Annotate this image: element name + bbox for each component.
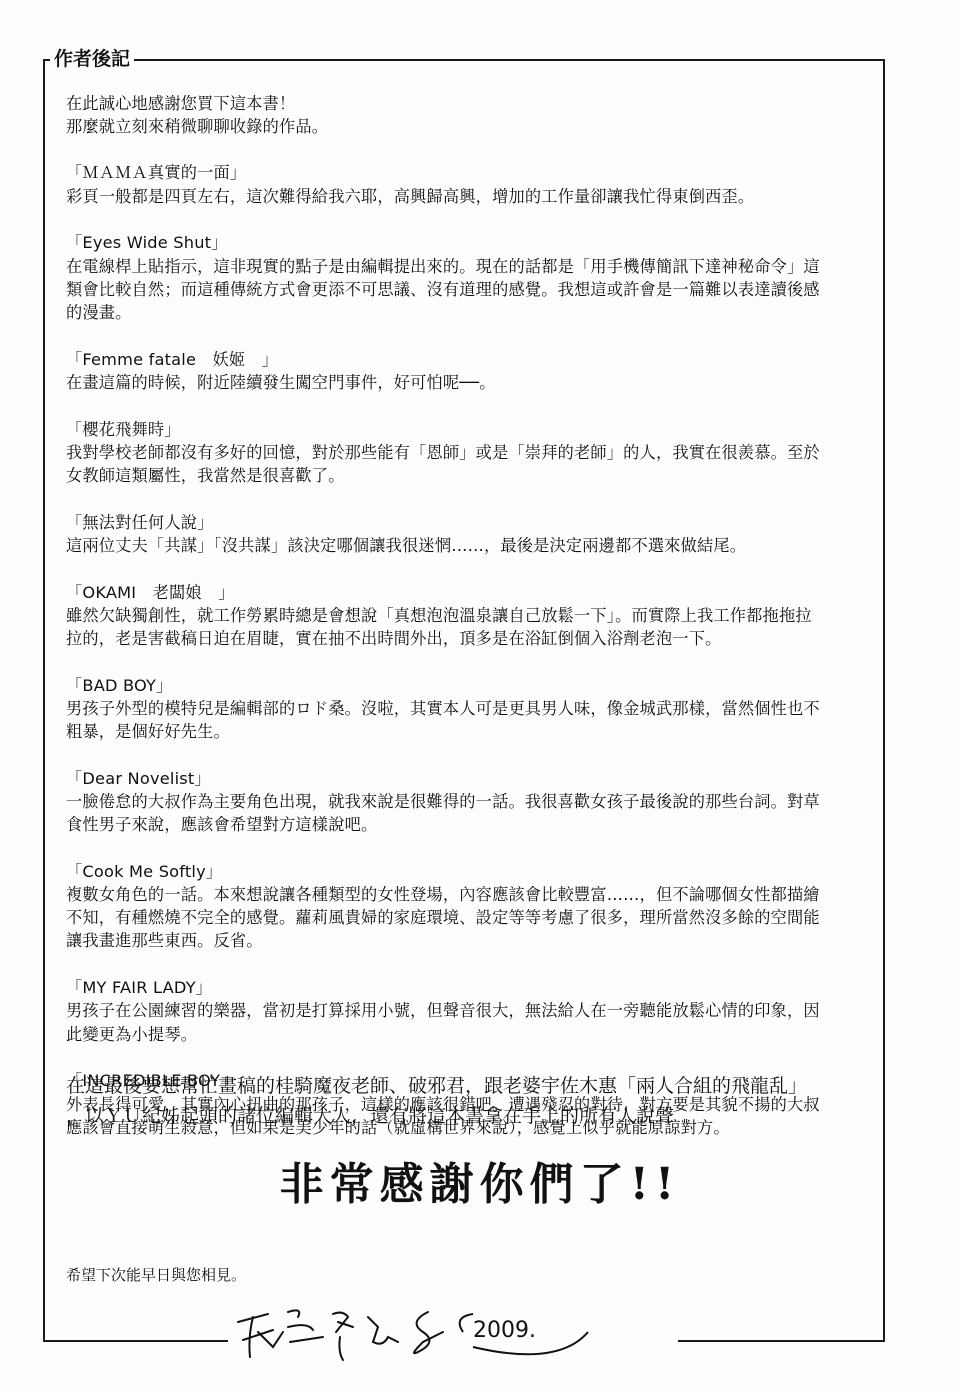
section-title: 「Eyes Wide Shut」 xyxy=(66,231,874,254)
section-line: 此變更為小提琴。 xyxy=(66,1023,874,1046)
section-line: 不知，有種燃燒不完全的感覺。蘿莉風貴婦的家庭環境、設定等等考慮了很多，理所當然沒… xyxy=(66,906,874,929)
section-line: 雖然欠缺獨創性，就工作勞累時總是會想說「真想泡泡溫泉讓自己放鬆一下」。而實際上我… xyxy=(66,604,874,627)
section-line: 讓我畫進那些東西。反省。 xyxy=(66,929,874,952)
section-title: 「ＭＡＭＡ真實的一面」 xyxy=(66,161,874,184)
section-bad-boy: 「BAD BOY」 男孩子外型的模特兒是編輯部的ロド桑。沒啦，其實本人可是更具男… xyxy=(66,674,874,744)
section-title: 「Femme fatale 妖姬 」 xyxy=(66,348,874,371)
section-line: 女教師這類屬性，我當然是很喜歡了。 xyxy=(66,464,874,487)
section-line: 食性男子來說，應該會希望對方這樣說吧。 xyxy=(66,813,874,836)
section-line: 拉的，老是害截稿日迫在眉睫，實在抽不出時間外出，頂多是在浴缸倒個入浴劑老泡一下。 xyxy=(66,627,874,650)
closing-line: 在這最後要想幫忙畫稿的桂騎魔夜老師、破邪君，跟老婆宇佐木惠「兩人合組的飛龍乱」 xyxy=(66,1071,886,1101)
section-cook-me-softly: 「Cook Me Softly」 複數女角色的一話。本來想說讓各種類型的女性登場… xyxy=(66,860,874,953)
section-line: 一臉倦怠的大叔作為主要角色出現，就我來說是很難得的一話。我很喜歡女孩子最後說的那… xyxy=(66,790,874,813)
section-mama: 「ＭＡＭＡ真實的一面」 彩頁一般都是四頁左右，這次難得給我六耶，高興歸高興，增加… xyxy=(66,161,874,207)
section-eyes-wide-shut: 「Eyes Wide Shut」 在電線桿上貼指示，這非現實的點子是由編輯提出來… xyxy=(66,231,874,324)
intro-line: 在此誠心地感謝您買下這本書！ xyxy=(66,92,874,115)
intro-paragraph: 在此誠心地感謝您買下這本書！ 那麼就立刻來稍微聊聊收錄的作品。 xyxy=(66,92,874,138)
section-line: 粗暴，是個好好先生。 xyxy=(66,720,874,743)
section-line: 男孩子外型的模特兒是編輯部的ロド桑。沒啦，其實本人可是更具男人味，像金城武那樣，… xyxy=(66,697,874,720)
section-femme-fatale: 「Femme fatale 妖姬 」 在畫這篇的時候，附近陸續發生闖空門事件，好… xyxy=(66,348,874,394)
section-title: 「MY FAIR LADY」 xyxy=(66,976,874,999)
section-line: 彩頁一般都是四頁左右，這次難得給我六耶，高興歸高興，增加的工作量卻讓我忙得東倒西… xyxy=(66,185,874,208)
section-sakura: 「櫻花飛舞時」 我對學校老師都沒有多好的回憶，對於那些能有「恩師」或是「崇拜的老… xyxy=(66,418,874,488)
author-signature: 2009. xyxy=(228,1292,678,1362)
section-cannot-tell: 「無法對任何人說」 這兩位丈夫「共謀」「沒共謀」該決定哪個讓我很迷惘……，最後是… xyxy=(66,511,874,557)
thanks-heading: 非常感謝你們了!! xyxy=(240,1150,720,1220)
section-line: 複數女角色的一話。本來想說讓各種類型的女性登場，內容應該會比較豐富……，但不論哪… xyxy=(66,883,874,906)
signature-scribble-icon: 2009. xyxy=(228,1292,678,1362)
section-line: 我對學校老師都沒有多好的回憶，對於那些能有「恩師」或是「崇拜的老師」的人，我實在… xyxy=(66,441,874,464)
section-title: 「OKAMI 老闆娘 」 xyxy=(66,581,874,604)
section-title: 「櫻花飛舞時」 xyxy=(66,418,874,441)
closing-paragraph: 在這最後要想幫忙畫稿的桂騎魔夜老師、破邪君，跟老婆宇佐木惠「兩人合組的飛龍乱」 … xyxy=(66,1071,886,1131)
section-dear-novelist: 「Dear Novelist」 一臉倦怠的大叔作為主要角色出現，就我來說是很難得… xyxy=(66,767,874,837)
section-line: 在畫這篇的時候，附近陸續發生闖空門事件，好可怕呢──。 xyxy=(66,371,874,394)
afterword-content: 在此誠心地感謝您買下這本書！ 那麼就立刻來稍微聊聊收錄的作品。 「ＭＡＭＡ真實的… xyxy=(66,92,874,1162)
section-title: 「Cook Me Softly」 xyxy=(66,860,874,883)
section-line: 這兩位丈夫「共謀」「沒共謀」該決定哪個讓我很迷惘……，最後是決定兩邊都不選來做結… xyxy=(66,534,874,557)
closing-line: ，以ＹＵ紀姊起頭的諸位編輯大人，還有將這本書拿在手上的所有人說聲 xyxy=(66,1101,886,1131)
farewell-text: 希望下次能早日與您相見。 xyxy=(66,1264,246,1286)
section-okami: 「OKAMI 老闆娘 」 雖然欠缺獨創性，就工作勞累時總是會想說「真想泡泡溫泉讓… xyxy=(66,581,874,651)
section-line: 類會比較自然；而這種傳統方式會更添不可思議、沒有道理的感覺。我想這或許會是一篇難… xyxy=(66,278,874,301)
section-title: 「無法對任何人說」 xyxy=(66,511,874,534)
svg-text:2009.: 2009. xyxy=(473,1318,536,1343)
section-my-fair-lady: 「MY FAIR LADY」 男孩子在公園練習的樂器，當初是打算採用小號，但聲音… xyxy=(66,976,874,1046)
section-line: 的漫畫。 xyxy=(66,301,874,324)
intro-line: 那麼就立刻來稍微聊聊收錄的作品。 xyxy=(66,115,874,138)
section-line: 男孩子在公園練習的樂器，當初是打算採用小號，但聲音很大，無法給人在一旁聽能放鬆心… xyxy=(66,999,874,1022)
section-title: 「Dear Novelist」 xyxy=(66,767,874,790)
page-title: 作者後記 xyxy=(50,47,134,71)
section-title: 「BAD BOY」 xyxy=(66,674,874,697)
section-line: 在電線桿上貼指示，這非現實的點子是由編輯提出來的。現在的話都是「用手機傳簡訊下達… xyxy=(66,255,874,278)
